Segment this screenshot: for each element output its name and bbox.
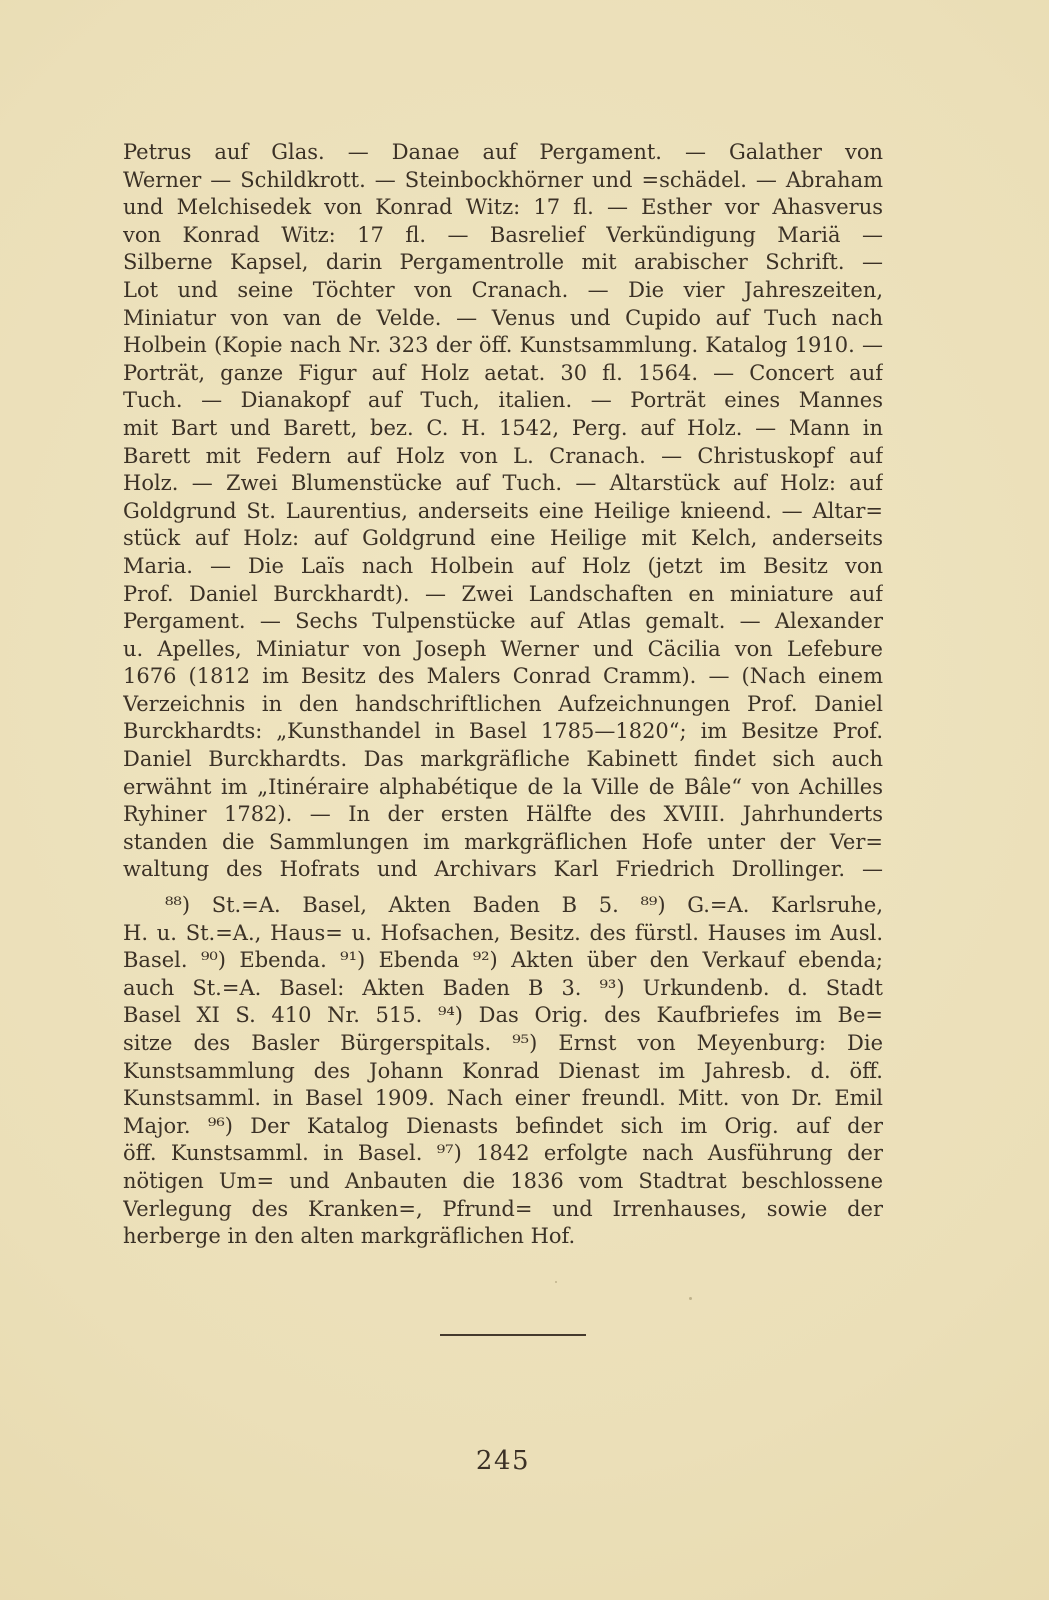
body-line: Burckhardts: „Kunsthandel in Basel 1785—…: [123, 718, 883, 746]
body-line: 1676 (1812 im Besitz des Malers Conrad C…: [123, 663, 883, 691]
footnote-line: Major. ⁹⁶) Der Katalog Dienasts befindet…: [123, 1113, 883, 1141]
footnote-line: Kunstsammlung des Johann Konrad Dienast …: [123, 1058, 883, 1086]
body-line: Goldgrund St. Laurentius, anderseits ein…: [123, 498, 883, 526]
paper-speck: [689, 1297, 692, 1300]
body-line: waltung des Hofrats und Archivars Karl F…: [123, 856, 883, 884]
paper-speck: [247, 171, 250, 174]
body-line: Holz. — Zwei Blumenstücke auf Tuch. — Al…: [123, 470, 883, 498]
body-line: Verzeichnis in den handschriftlichen Auf…: [123, 691, 883, 719]
body-line: Miniatur von van de Velde. — Venus und C…: [123, 305, 883, 333]
body-line: Prof. Daniel Burckhardt). — Zwei Landsch…: [123, 581, 883, 609]
body-line: u. Apelles, Miniatur von Joseph Werner u…: [123, 636, 883, 664]
body-line: standen die Sammlungen im markgräflichen…: [123, 829, 883, 857]
body-line: Werner — Schildkrott. — Steinbockhörner …: [123, 167, 883, 195]
page-number: 245: [123, 1446, 883, 1476]
body-line: Lot und seine Töchter von Cranach. — Die…: [123, 277, 883, 305]
body-text: Petrus auf Glas. — Danae auf Pergament. …: [123, 139, 883, 884]
footnote-line: auch St.=A. Basel: Akten Baden B 3. ⁹³) …: [123, 975, 883, 1003]
body-line: erwähnt im „Itinéraire alphabétique de l…: [123, 774, 883, 802]
body-line: Silberne Kapsel, darin Pergamentrolle mi…: [123, 249, 883, 277]
footnotes-text: ⁸⁸) St.=A. Basel, Akten Baden B 5. ⁸⁹) G…: [123, 892, 883, 1251]
body-line: Daniel Burckhardts. Das markgräfliche Ka…: [123, 746, 883, 774]
footnote-line: nötigen Um= und Anbauten die 1836 vom St…: [123, 1168, 883, 1196]
body-line: Holbein (Kopie nach Nr. 323 der öff. Kun…: [123, 332, 883, 360]
body-line: Petrus auf Glas. — Danae auf Pergament. …: [123, 139, 883, 167]
footnote-line: H. u. St.=A., Haus= u. Hofsachen, Besitz…: [123, 920, 883, 948]
footnote-line: öff. Kunstsamml. in Basel. ⁹⁷) 1842 erfo…: [123, 1140, 883, 1168]
body-line: Barett mit Federn auf Holz von L. Cranac…: [123, 443, 883, 471]
body-line: Tuch. — Dianakopf auf Tuch, italien. — P…: [123, 387, 883, 415]
body-line: stück auf Holz: auf Goldgrund eine Heili…: [123, 525, 883, 553]
body-line: Ryhiner 1782). — In der ersten Hälfte de…: [123, 801, 883, 829]
footnote-line: herberge in den alten markgräflichen Hof…: [123, 1223, 883, 1251]
section-divider-rule: [440, 1334, 586, 1336]
body-line: Pergament. — Sechs Tulpenstücke auf Atla…: [123, 608, 883, 636]
footnote-line: sitze des Basler Bürgerspitals. ⁹⁵) Erns…: [123, 1030, 883, 1058]
footnote-line: ⁸⁸) St.=A. Basel, Akten Baden B 5. ⁸⁹) G…: [123, 892, 883, 920]
footnote-line: Basel XI S. 410 Nr. 515. ⁹⁴) Das Orig. d…: [123, 1002, 883, 1030]
body-line: von Konrad Witz: 17 ﬂ. — Basrelief Verkü…: [123, 222, 883, 250]
footnote-line: Verlegung des Kranken=, Pfrund= und Irre…: [123, 1196, 883, 1224]
body-line: Porträt, ganze Figur auf Holz aetat. 30 …: [123, 360, 883, 388]
book-page: Petrus auf Glas. — Danae auf Pergament. …: [0, 0, 1049, 1600]
body-line: und Melchisedek von Konrad Witz: 17 ﬂ. —…: [123, 194, 883, 222]
footnote-line: Basel. ⁹⁰) Ebenda. ⁹¹) Ebenda ⁹²) Akten …: [123, 947, 883, 975]
paper-speck: [555, 1281, 557, 1283]
body-line: mit Bart und Barett, bez. C. H. 1542, Pe…: [123, 415, 883, 443]
footnote-line: Kunstsamml. in Basel 1909. Nach einer fr…: [123, 1085, 883, 1113]
body-line: Maria. — Die Laïs nach Holbein auf Holz …: [123, 553, 883, 581]
